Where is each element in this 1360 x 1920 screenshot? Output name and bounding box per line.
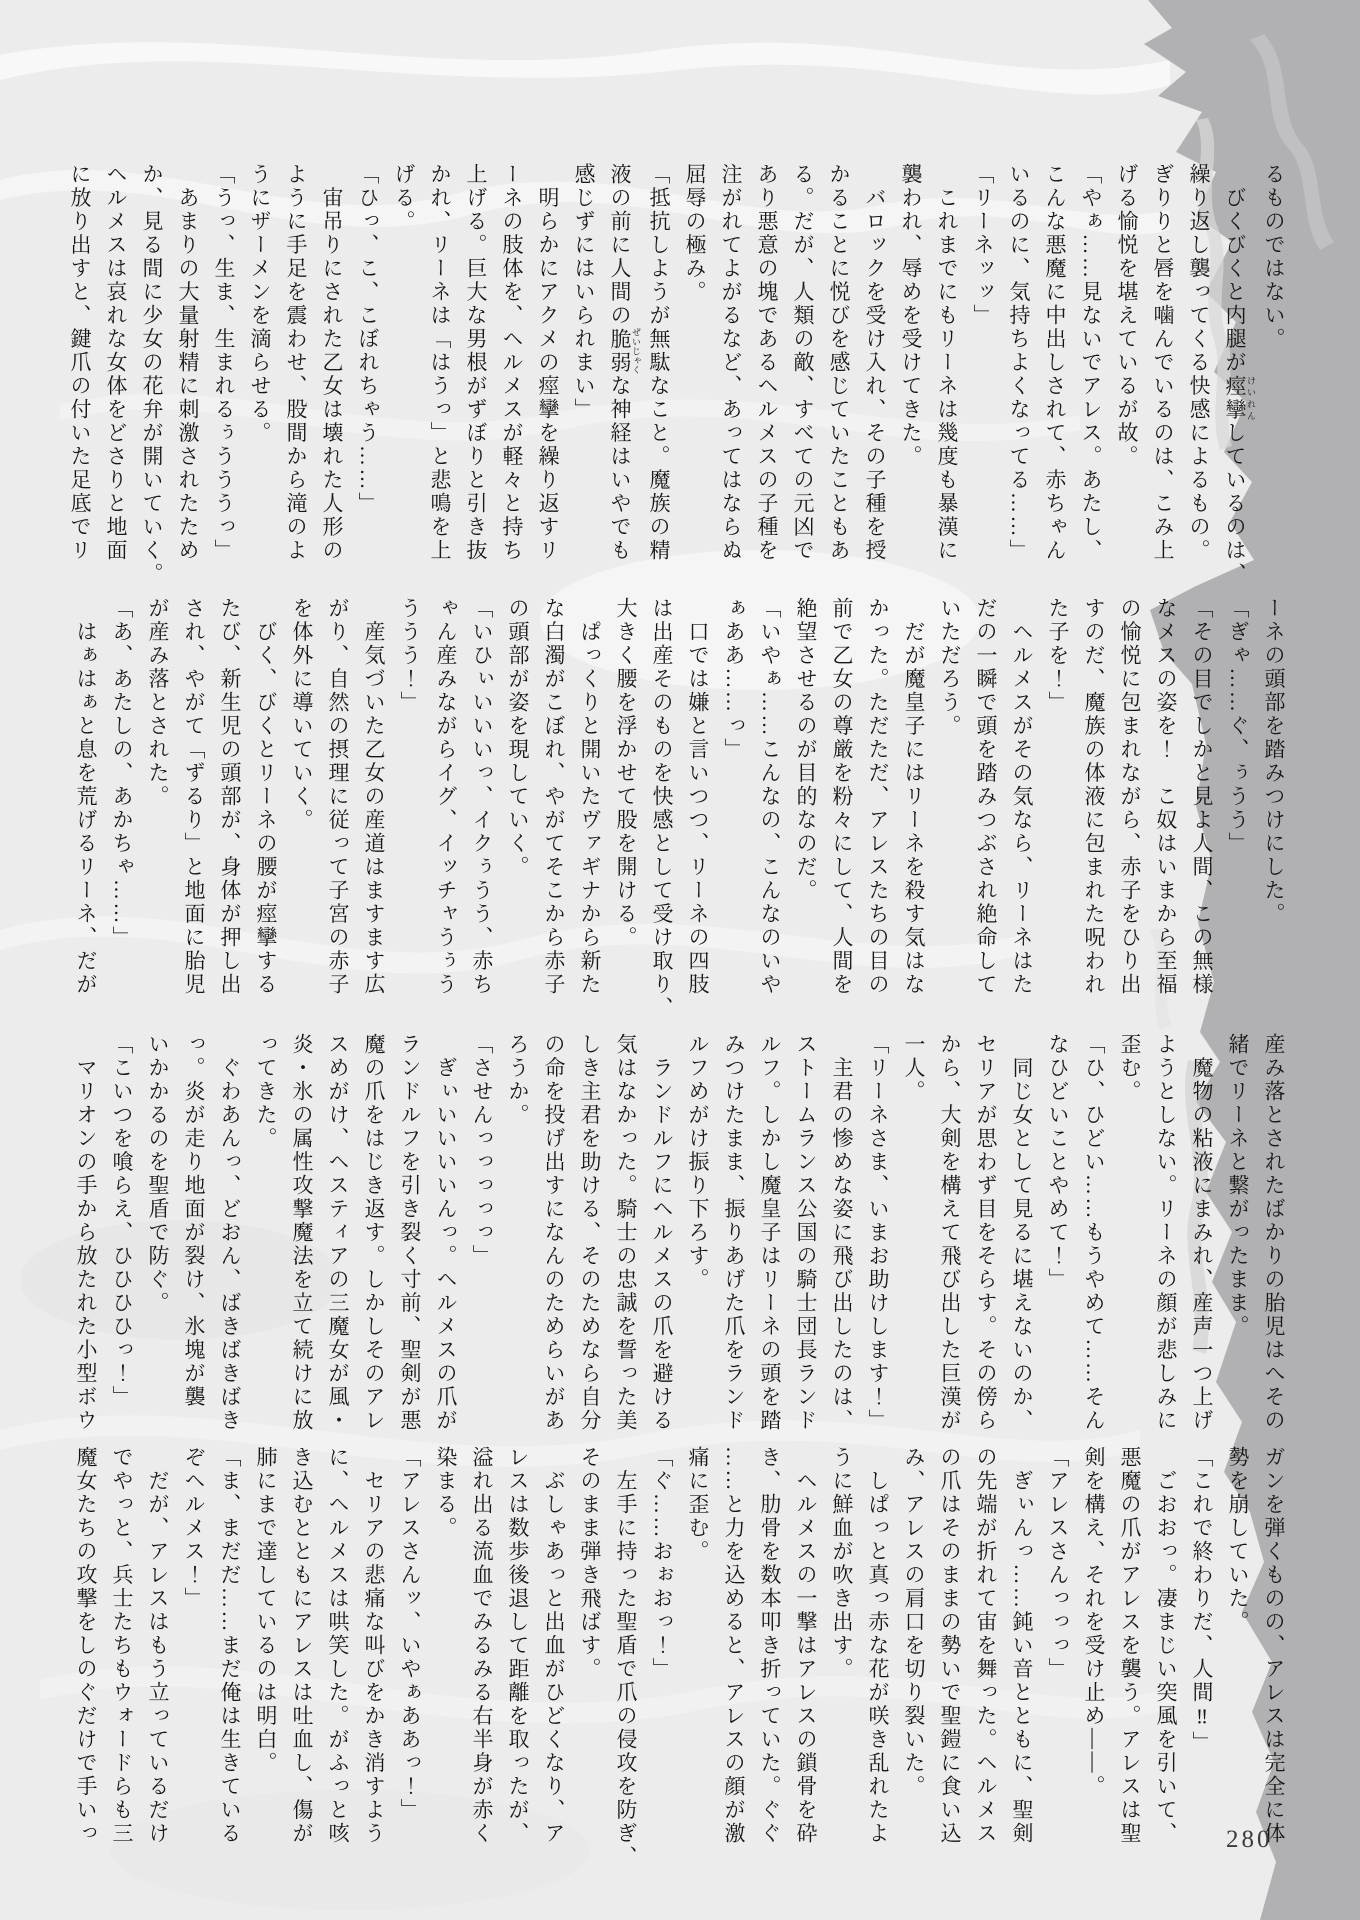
text-column: ……と力を込めると、アレスの顔が激 bbox=[716, 1446, 752, 1878]
text-band-4: ガンを弾くものの、アレスは完全に体勢を崩していた。「これで終わりだ、人間‼」 ご… bbox=[56, 1446, 1292, 1878]
text-column: こんな悪魔に中出しされて、赤ちゃん bbox=[1037, 163, 1073, 595]
text-column: 染まる。 bbox=[428, 1446, 464, 1878]
text-column: に、ヘルメスは哄笑した。がふっと咳 bbox=[320, 1446, 356, 1878]
text-column: が産み落とされた。 bbox=[140, 597, 176, 1029]
text-column: 繰り返し襲ってくる快感によるもの。 bbox=[1181, 163, 1217, 595]
text-column: ヘルメスは哀れな女体をどさりと地面 bbox=[98, 163, 134, 595]
text-column: 溢れ出る流血でみるみる右半身が赤く bbox=[464, 1446, 500, 1878]
text-column: ヘルメスの一撃はアレスの鎖骨を砕 bbox=[788, 1446, 824, 1878]
text-column: だの一瞬で頭を踏みつぶされ絶命して bbox=[968, 597, 1004, 1029]
text-column: がり、自然の摂理に従って子宮の赤子 bbox=[320, 597, 356, 1029]
text-column: 左手に持った聖盾で爪の侵攻を防ぎ、 bbox=[608, 1446, 644, 1878]
text-column: ヘルメスがその気なら、リーネはた bbox=[1004, 597, 1040, 1029]
text-column: ようとしない。リーネの顔が悲しみに bbox=[1148, 1033, 1184, 1465]
text-column: いただろう。 bbox=[932, 597, 968, 1029]
text-column: ランドルフにヘルメスの爪を避ける bbox=[644, 1033, 680, 1465]
text-column: き、肋骨を数本叩き折っていた。ぐぐ bbox=[752, 1446, 788, 1878]
text-column: 襲われ、辱めを受けてきた。 bbox=[893, 163, 929, 595]
text-column: の愉悦に包まれながら、赤子をひり出 bbox=[1112, 597, 1148, 1029]
text-column: 屈辱の極み。 bbox=[677, 163, 713, 595]
text-column: 「アレスさんッ、いやぁああっ！」 bbox=[392, 1446, 428, 1878]
text-band-3: 産み落とされたばかりの胎児はへその緒でリーネと繋がったまま。 魔物の粘液にまみれ… bbox=[56, 1033, 1292, 1465]
text-column: 注がれてよがるなど、あってはならぬ bbox=[713, 163, 749, 595]
text-column: の頭部が姿を現していく。 bbox=[500, 597, 536, 1029]
text-column: 「ひ、ひどい……もうやめて……そん bbox=[1076, 1033, 1112, 1465]
text-column: ストームランス公国の騎士団長ランド bbox=[788, 1033, 824, 1465]
text-column: っ。炎が走り地面が裂け、氷塊が襲 bbox=[176, 1033, 212, 1465]
text-column: ぐわあんっ、どおん、ばきばきばき bbox=[212, 1033, 248, 1465]
text-column: たび、新生児の頭部が、身体が押し出 bbox=[212, 597, 248, 1029]
text-column: 「させんっっっっっ」 bbox=[464, 1033, 500, 1465]
text-column: 上げる。巨大な男根がずぼりと引き抜 bbox=[458, 163, 494, 595]
text-column: 魔女たちの攻撃をしのぐだけで手いっ bbox=[68, 1446, 104, 1878]
text-column: 産み落とされたばかりの胎児はへその bbox=[1256, 1033, 1292, 1465]
text-column: いるのに、気持ちよくなってる……」 bbox=[1001, 163, 1037, 595]
text-column: 「こいつを喰らえ、ひひひひっ！」 bbox=[104, 1033, 140, 1465]
text-column: の爪はそのままの勢いで聖鎧に食い込 bbox=[932, 1446, 968, 1878]
text-column: あり悪意の塊であるヘルメスの子種を bbox=[749, 163, 785, 595]
text-column: 「これで終わりだ、人間‼」 bbox=[1184, 1446, 1220, 1878]
text-column: 魔物の粘液にまみれ、産声一つ上げ bbox=[1184, 1033, 1220, 1465]
text-column: 大きく腰を浮かせて股を開ける。 bbox=[608, 597, 644, 1029]
text-column: かることに悦びを感じていたこともあ bbox=[821, 163, 857, 595]
text-column: ぁああ……っ」 bbox=[716, 597, 752, 1029]
text-column: 「いひぃいいいっ、イクぅうう、赤ち bbox=[464, 597, 500, 1029]
text-column: すのだ、魔族の体液に包まれた呪われ bbox=[1076, 597, 1112, 1029]
text-column: ぎりりと唇を噛んでいるのは、こみ上 bbox=[1145, 163, 1181, 595]
text-column: ってきた。 bbox=[248, 1033, 284, 1465]
text-column: なひどいことやめて！」 bbox=[1040, 1033, 1076, 1465]
text-column: ルフ。しかし魔皇子はリーネの頭を踏 bbox=[752, 1033, 788, 1465]
text-column: 絶望させるのが目的なのだ。 bbox=[788, 597, 824, 1029]
text-column: はぁはぁと息を荒げるリーネ、だが bbox=[68, 597, 104, 1029]
text-column: レスは数歩後退して距離を取ったが、 bbox=[500, 1446, 536, 1878]
text-column: かれ、リーネは「はうっ」と悲鳴を上 bbox=[422, 163, 458, 595]
text-column: ううう！」 bbox=[392, 597, 428, 1029]
text-column: 「いやぁ……こんなの、こんなのいや bbox=[752, 597, 788, 1029]
text-column: いかかるのを聖盾で防ぐ。 bbox=[140, 1033, 176, 1465]
text-band-2: ーネの頭部を踏みつけにした。「ぎゃ……ぐ、ぅうう」「その目でしかと見よ人間、この… bbox=[56, 597, 1292, 1029]
text-column: 口では嫌と言いつつ、リーネの四肢 bbox=[680, 597, 716, 1029]
text-column: 「リーネッッ」 bbox=[965, 163, 1001, 595]
text-column: うにザーメンを滴らせる。 bbox=[242, 163, 278, 595]
text-column: うに鮮血が吹き出す。 bbox=[824, 1446, 860, 1878]
text-column: ルフめがけ振り下ろす。 bbox=[680, 1033, 716, 1465]
novel-page: るものではない。 びくびくと内腿が痙攣けいれんしているのは、繰り返し襲ってくる快… bbox=[0, 0, 1360, 1920]
text-column: 感じずにはいられまい」 bbox=[566, 163, 602, 595]
text-column: 魔の爪をはじき返す。しかしそのアレ bbox=[356, 1033, 392, 1465]
text-column: げる愉悦を堪えているが故。 bbox=[1109, 163, 1145, 595]
text-column: 「うっ、生ま、生まれるぅうううっ」 bbox=[206, 163, 242, 595]
text-column: 「抵抗しようが無駄なこと。魔族の精 bbox=[641, 163, 677, 595]
text-column: でやっと、兵士たちもウォードらも三 bbox=[104, 1446, 140, 1878]
text-column: き込むとともにアレスは吐血し、傷が bbox=[284, 1446, 320, 1878]
text-column: 同じ女として見るに堪えないのか、 bbox=[1004, 1033, 1040, 1465]
text-column: み、アレスの肩口を切り裂いた。 bbox=[896, 1446, 932, 1878]
text-column: 「リーネさま、いまお助けします！」 bbox=[860, 1033, 896, 1465]
text-column: る。だが、人類の敵、すべての元凶で bbox=[785, 163, 821, 595]
text-column: な白濁がこぼれ、やがてそこから赤子 bbox=[536, 597, 572, 1029]
text-column: セリアの悲痛な叫びをかき消すよう bbox=[356, 1446, 392, 1878]
text-column: あまりの大量射精に刺激されたため bbox=[170, 163, 206, 595]
text-column: 明らかにアクメの痙攣を繰り返すリ bbox=[530, 163, 566, 595]
text-column: ゃん産みながらイグ、イッチャうぅう bbox=[428, 597, 464, 1029]
text-column: 宙吊りにされた乙女は壊れた人形の bbox=[314, 163, 350, 595]
text-column: ろうか。 bbox=[500, 1033, 536, 1465]
text-column: ぶしゃあっと出血がひどくなり、ア bbox=[536, 1446, 572, 1878]
text-column: ランドルフを引き裂く寸前、聖剣が悪 bbox=[392, 1033, 428, 1465]
text-column: そのまま弾き飛ばす。 bbox=[572, 1446, 608, 1878]
text-column: 「ぎゃ……ぐ、ぅうう」 bbox=[1220, 597, 1256, 1029]
text-column: マリオンの手から放たれた小型ボウ bbox=[68, 1033, 104, 1465]
text-column: 液の前に人間の脆弱ぜいじゃくな神経はいやでも bbox=[602, 163, 641, 595]
text-column: 一人。 bbox=[896, 1033, 932, 1465]
text-column: これまでにもリーネは幾度も暴漢に bbox=[929, 163, 965, 595]
text-column: ぞヘルメス！」 bbox=[176, 1446, 212, 1878]
text-band-1: るものではない。 びくびくと内腿が痙攣けいれんしているのは、繰り返し襲ってくる快… bbox=[56, 163, 1292, 595]
text-column: 「その目でしかと見よ人間、この無様 bbox=[1184, 597, 1220, 1029]
text-column: ガンを弾くものの、アレスは完全に体 bbox=[1256, 1446, 1292, 1878]
text-column: しぱっと真っ赤な花が咲き乱れたよ bbox=[860, 1446, 896, 1878]
text-column: びく、びくとリーネの腰が痙攣する bbox=[248, 597, 284, 1029]
text-column: セリアが思わず目をそらす。その傍ら bbox=[968, 1033, 1004, 1465]
text-column: ーネの頭部を踏みつけにした。 bbox=[1256, 597, 1292, 1029]
text-column: だが魔皇子にはリーネを殺す気はな bbox=[896, 597, 932, 1029]
text-column: 剣を構え、それを受け止め――。 bbox=[1076, 1446, 1112, 1878]
text-column: ごおおっ。凄まじい突風を引いて、 bbox=[1148, 1446, 1184, 1878]
text-column: バロックを受け入れ、その子種を授 bbox=[857, 163, 893, 595]
text-column: かった。ただただ、アレスたちの目の bbox=[860, 597, 896, 1029]
text-column: 緒でリーネと繋がったまま。 bbox=[1220, 1033, 1256, 1465]
text-column: 主君の惨めな姿に飛び出したのは、 bbox=[824, 1033, 860, 1465]
text-column: の先端が折れて宙を舞った。ヘルメス bbox=[968, 1446, 1004, 1878]
text-column: 「ぐ……おぉおっ！」 bbox=[644, 1446, 680, 1878]
text-column: 「ま、まだだ……まだ俺は生きている bbox=[212, 1446, 248, 1878]
text-column: 痛に歪む。 bbox=[680, 1446, 716, 1878]
text-column: みつけたまま、振りあげた爪をランド bbox=[716, 1033, 752, 1465]
text-column: か、見る間に少女の花弁が開いていく。 bbox=[134, 163, 170, 595]
text-column: スめがけ、ヘスティアの三魔女が風・ bbox=[320, 1033, 356, 1465]
text-column: ーネの肢体を、ヘルメスが軽々と持ち bbox=[494, 163, 530, 595]
text-column: 勢を崩していた。 bbox=[1220, 1446, 1256, 1878]
text-column: を体外に導いていく。 bbox=[284, 597, 320, 1029]
text-column: 炎・氷の属性攻撃魔法を立て続けに放 bbox=[284, 1033, 320, 1465]
text-column: た子を！」 bbox=[1040, 597, 1076, 1029]
text-column: 「あ、あたしの、あかちゃ……」 bbox=[104, 597, 140, 1029]
text-column: 歪む。 bbox=[1112, 1033, 1148, 1465]
text-column: 「やぁ……見ないでアレス。あたし、 bbox=[1073, 163, 1109, 595]
text-column: され、やがて「ずるり」と地面に胎児 bbox=[176, 597, 212, 1029]
marble-vein bbox=[0, 42, 1170, 94]
text-column: 前で乙女の尊厳を粉々にして、人間を bbox=[824, 597, 860, 1029]
text-column: ように手足を震わせ、股間から滝のよ bbox=[278, 163, 314, 595]
text-column: ぎぃんっ……鈍い音とともに、聖剣 bbox=[1004, 1446, 1040, 1878]
text-column: に放り出すと、鍵爪の付いた足底でリ bbox=[62, 163, 98, 595]
text-column: の命を投げ出すになんのためらいがあ bbox=[536, 1033, 572, 1465]
text-column: 肺にまで達しているのは明白。 bbox=[248, 1446, 284, 1878]
text-column: ぎぃいいいいんっ。ヘルメスの爪が bbox=[428, 1033, 464, 1465]
text-column: は出産そのものを快感として受け取り、 bbox=[644, 597, 680, 1029]
text-column: から、大剣を構えて飛び出した巨漢が bbox=[932, 1033, 968, 1465]
text-column: 「アレスさんっっっ」 bbox=[1040, 1446, 1076, 1878]
text-column: 悪魔の爪がアレスを襲う。アレスは聖 bbox=[1112, 1446, 1148, 1878]
text-column: なメスの姿を！ こ奴はいまから至福 bbox=[1148, 597, 1184, 1029]
text-column: 気はなかった。騎士の忠誠を誓った美 bbox=[608, 1033, 644, 1465]
text-column: 「ひっ、こ、こぼれちゃう……」 bbox=[350, 163, 386, 595]
text-column: だが、アレスはもう立っているだけ bbox=[140, 1446, 176, 1878]
text-column: しき主君を助ける、そのためなら自分 bbox=[572, 1033, 608, 1465]
text-column: びくびくと内腿が痙攣けいれんしているのは、 bbox=[1217, 163, 1256, 595]
text-column: るものではない。 bbox=[1256, 163, 1292, 595]
text-column: ぱっくりと開いたヴァギナから新た bbox=[572, 597, 608, 1029]
text-column: 産気づいた乙女の産道はますます広 bbox=[356, 597, 392, 1029]
text-column: げる。 bbox=[386, 163, 422, 595]
page-number: 280 bbox=[1226, 1826, 1273, 1854]
